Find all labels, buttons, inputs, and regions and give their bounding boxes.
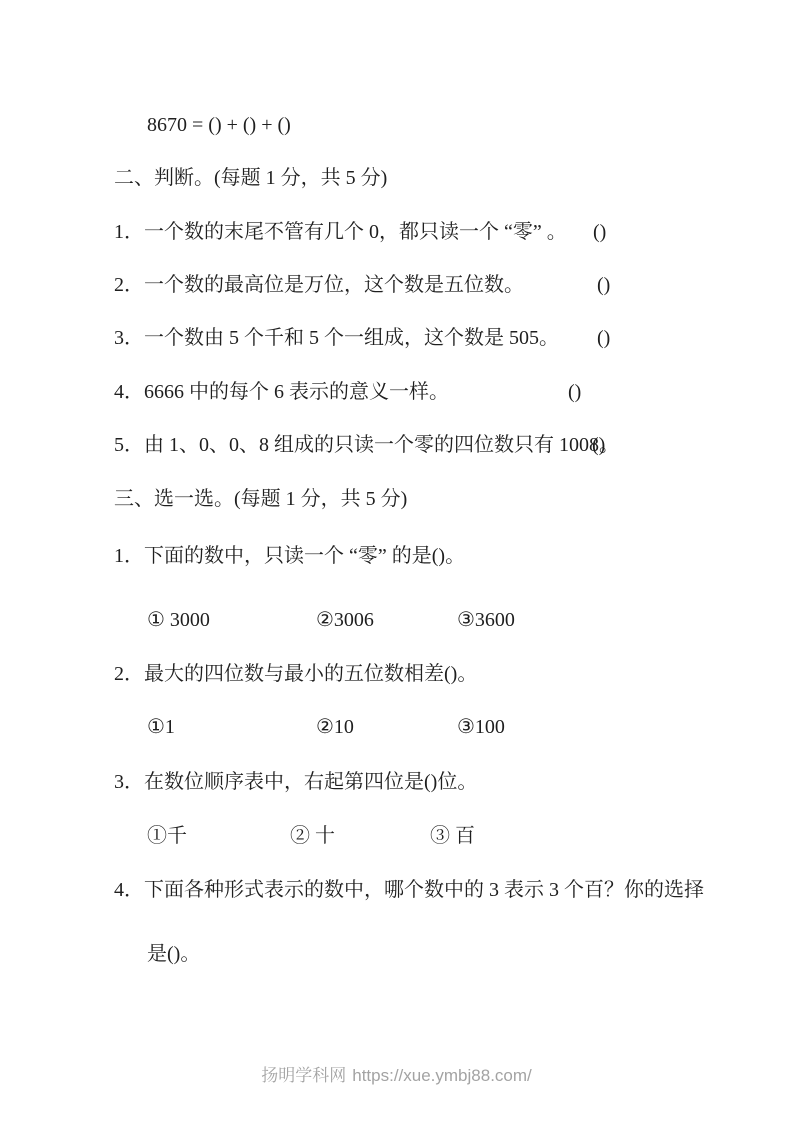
judge-item-text: 3．一个数由 5 个千和 5 个一组成，这个数是 505。 — [114, 327, 559, 349]
judge-answer-blank: () — [597, 325, 610, 351]
section-judge-title: 二、判断。(每题 1 分，共 5 分) — [114, 165, 387, 191]
judge-answer-blank: () — [568, 379, 581, 405]
judge-item-text: 1．一个数的末尾不管有几个 0，都只读一个 “零” 。 — [114, 221, 567, 243]
footer-site-url[interactable]: https://xue.ymbj88.com/ — [352, 1066, 532, 1085]
footer-credit: 扬明学科网https://xue.ymbj88.com/ — [0, 1064, 793, 1088]
choice-q1-stem: 1．下面的数中，只读一个 “零” 的是()。 — [114, 543, 465, 569]
judge-answer-blank: () — [592, 432, 605, 458]
choice-q2-stem: 2．最大的四位数与最小的五位数相差()。 — [114, 661, 477, 687]
judge-item-1: 1．一个数的末尾不管有几个 0，都只读一个 “零” 。 () — [114, 219, 793, 245]
judge-answer-blank: () — [593, 219, 606, 245]
judge-item-2: 2．一个数的最高位是万位，这个数是五位数。 () — [114, 272, 793, 298]
section-choice-title: 三、选一选。(每题 1 分，共 5 分) — [114, 486, 407, 512]
choice-q2-option-1: ①1 — [147, 714, 175, 740]
choice-q1-option-1: ① 3000 — [147, 607, 210, 633]
judge-item-4: 4．6666 中的每个 6 表示的意义一样。 () — [114, 379, 793, 405]
judge-item-text: 2．一个数的最高位是万位，这个数是五位数。 — [114, 274, 524, 296]
choice-q1-option-2: ②3006 — [316, 607, 374, 633]
choice-q2-option-3: ③100 — [457, 714, 505, 740]
worksheet-page: 8670 = () + () + () 二、判断。(每题 1 分，共 5 分) … — [0, 0, 793, 1122]
judge-item-text: 5．由 1、0、0、8 组成的只读一个零的四位数只有 1008。 — [114, 434, 619, 456]
choice-q1-option-3: ③3600 — [457, 607, 515, 633]
choice-q4-stem-line1: 4．下面各种形式表示的数中，哪个数中的 3 表示 3 个百？你的选择 — [114, 877, 704, 903]
judge-answer-blank: () — [597, 272, 610, 298]
choice-q3-option-2: ② 十 — [290, 823, 335, 849]
equation-fill-blank: 8670 = () + () + () — [147, 112, 291, 138]
judge-item-3: 3．一个数由 5 个千和 5 个一组成，这个数是 505。 () — [114, 325, 793, 351]
choice-q3-option-1: ①千 — [147, 823, 187, 849]
judge-item-text: 4．6666 中的每个 6 表示的意义一样。 — [114, 381, 449, 403]
choice-q2-option-2: ②10 — [316, 714, 354, 740]
footer-site-label: 扬明学科网 — [261, 1066, 346, 1085]
choice-q4-stem-line2: 是()。 — [147, 941, 200, 967]
judge-item-5: 5．由 1、0、0、8 组成的只读一个零的四位数只有 1008。 () — [114, 432, 793, 458]
choice-q3-option-3: ③ 百 — [430, 823, 475, 849]
choice-q3-stem: 3．在数位顺序表中，右起第四位是()位。 — [114, 769, 477, 795]
